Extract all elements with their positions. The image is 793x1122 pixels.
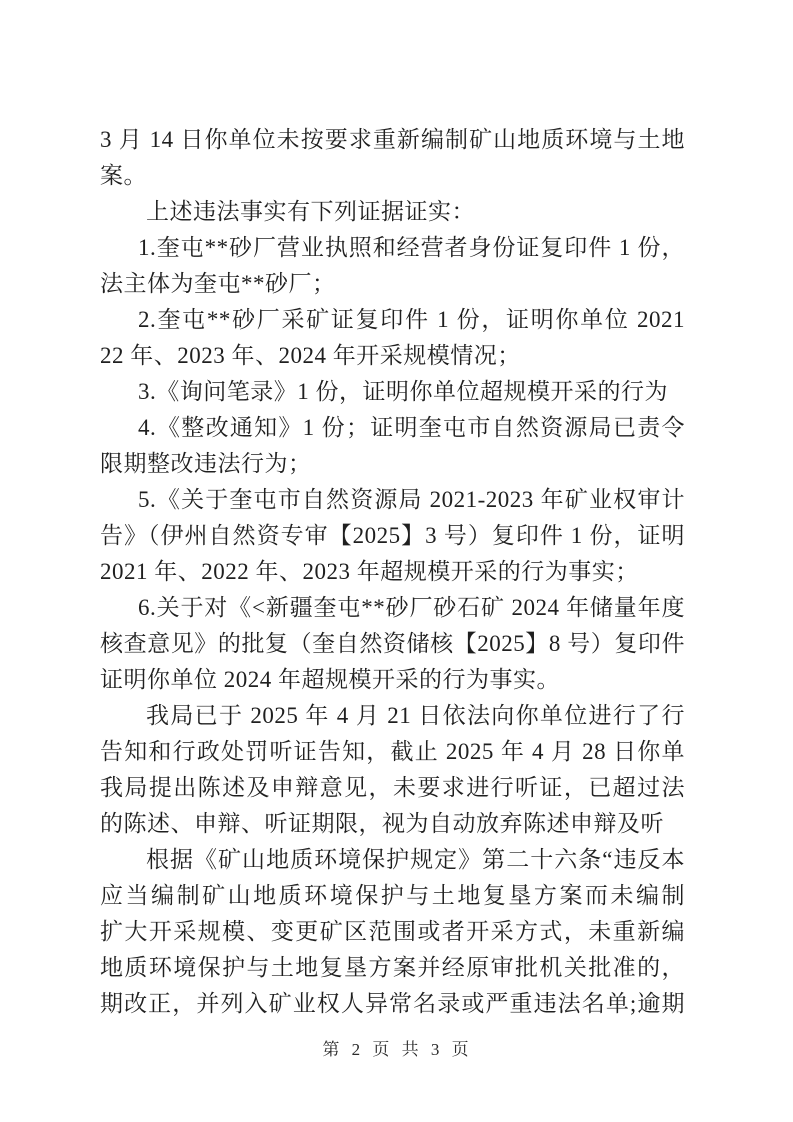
text-line: 上述违法事实有下列证据证实： [100, 194, 685, 230]
page-footer: 第 2 页 共 3 页 [0, 1036, 793, 1064]
text-line: 扩大开采规模、变更矿区范围或者开采方式，未重新编制矿山 [100, 914, 685, 950]
text-line: 告》（伊州自然资专审【2025】3 号）复印件 1 份，证明你单位 [100, 518, 685, 554]
text-line: 6.关于对《<新疆奎屯**砂厂砂石矿 2024 年储量年度报告> [100, 590, 685, 626]
text-line: 根据《矿山地质环境保护规定》第二十六条“违反本规定， [100, 842, 685, 878]
text-line: 案。 [100, 158, 685, 194]
text-line: 3 月 14 日你单位未按要求重新编制矿山地质环境与土地复垦方 [100, 122, 685, 158]
text-line: 我局提出陈述及申辩意见，未要求进行听证，已超过法律规定 [100, 770, 685, 806]
text-line: 法主体为奎屯**砂厂； [100, 266, 685, 302]
text-line: 我局已于 2025 年 4 月 21 日依法向你单位进行了行政处罚 [100, 698, 685, 734]
text-line: 核查意见》的批复（奎自然资储核【2025】8 号）复印件 1 份， [100, 626, 685, 662]
document-page: 3 月 14 日你单位未按要求重新编制矿山地质环境与土地复垦方案。上述违法事实有… [0, 0, 793, 1122]
text-line: 1.奎屯**砂厂营业执照和经营者身份证复印件 1 份，证明违 [100, 230, 685, 266]
document-body: 3 月 14 日你单位未按要求重新编制矿山地质环境与土地复垦方案。上述违法事实有… [100, 122, 685, 1022]
text-line: 的陈述、申辩、听证期限，视为自动放弃陈述申辩及听证权力。 [100, 806, 685, 842]
text-line: 2.奎屯**砂厂采矿证复印件 1 份，证明你单位 2021 年、20 [100, 302, 685, 338]
text-line: 限期整改违法行为； [100, 446, 685, 482]
text-line: 地质环境保护与土地复垦方案并经原审批机关批准的，责令限 [100, 950, 685, 986]
text-line: 应当编制矿山地质环境保护与土地复垦方案而未编制的，或者 [100, 878, 685, 914]
text-line: 证明你单位 2024 年超规模开采的行为事实。 [100, 662, 685, 698]
text-line: 3.《询问笔录》1 份，证明你单位超规模开采的行为事实； [100, 374, 685, 410]
text-line: 期改正，并列入矿业权人异常名录或严重违法名单;逾期不改正 [100, 986, 685, 1022]
text-line: 22 年、2023 年、2024 年开采规模情况； [100, 338, 685, 374]
text-line: 2021 年、2022 年、2023 年超规模开采的行为事实； [100, 554, 685, 590]
text-line: 4.《整改通知》1 份；证明奎屯市自然资源局已责令你单位 [100, 410, 685, 446]
text-line: 5.《关于奎屯市自然资源局 2021-2023 年矿业权审计的报 [100, 482, 685, 518]
text-line: 告知和行政处罚听证告知，截止 2025 年 4 月 28 日你单位未向 [100, 734, 685, 770]
